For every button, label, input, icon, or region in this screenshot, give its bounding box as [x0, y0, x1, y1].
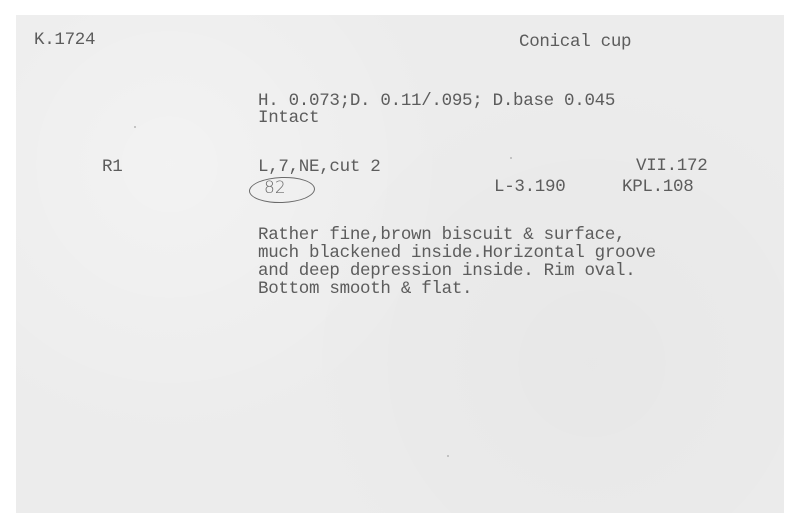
circled-number: 82	[264, 179, 286, 197]
plate-reference-1: VII.172	[636, 158, 707, 174]
description-line: Bottom smooth & flat.	[258, 281, 472, 297]
object-type: Conical cup	[519, 34, 631, 50]
row-label: R1	[102, 159, 122, 175]
condition: Intact	[258, 110, 319, 126]
description-line: and deep depression inside. Rim oval.	[258, 263, 635, 279]
description-line: Rather fine,brown biscuit & surface,	[258, 227, 625, 243]
dimensions: H. 0.073;D. 0.11/.095; D.base 0.045	[258, 93, 615, 109]
catalog-card: K.1724 Conical cup H. 0.073;D. 0.11/.095…	[16, 15, 784, 513]
description-line: much blackened inside.Horizontal groove	[258, 245, 656, 261]
inventory-reference: L-3.190	[494, 179, 565, 195]
paper-speck	[510, 157, 512, 159]
plate-reference-2: KPL.108	[622, 179, 693, 195]
catalog-number: K.1724	[34, 32, 95, 48]
paper-speck	[134, 126, 136, 128]
paper-speck	[447, 455, 449, 457]
findspot: L,7,NE,cut 2	[258, 159, 380, 175]
